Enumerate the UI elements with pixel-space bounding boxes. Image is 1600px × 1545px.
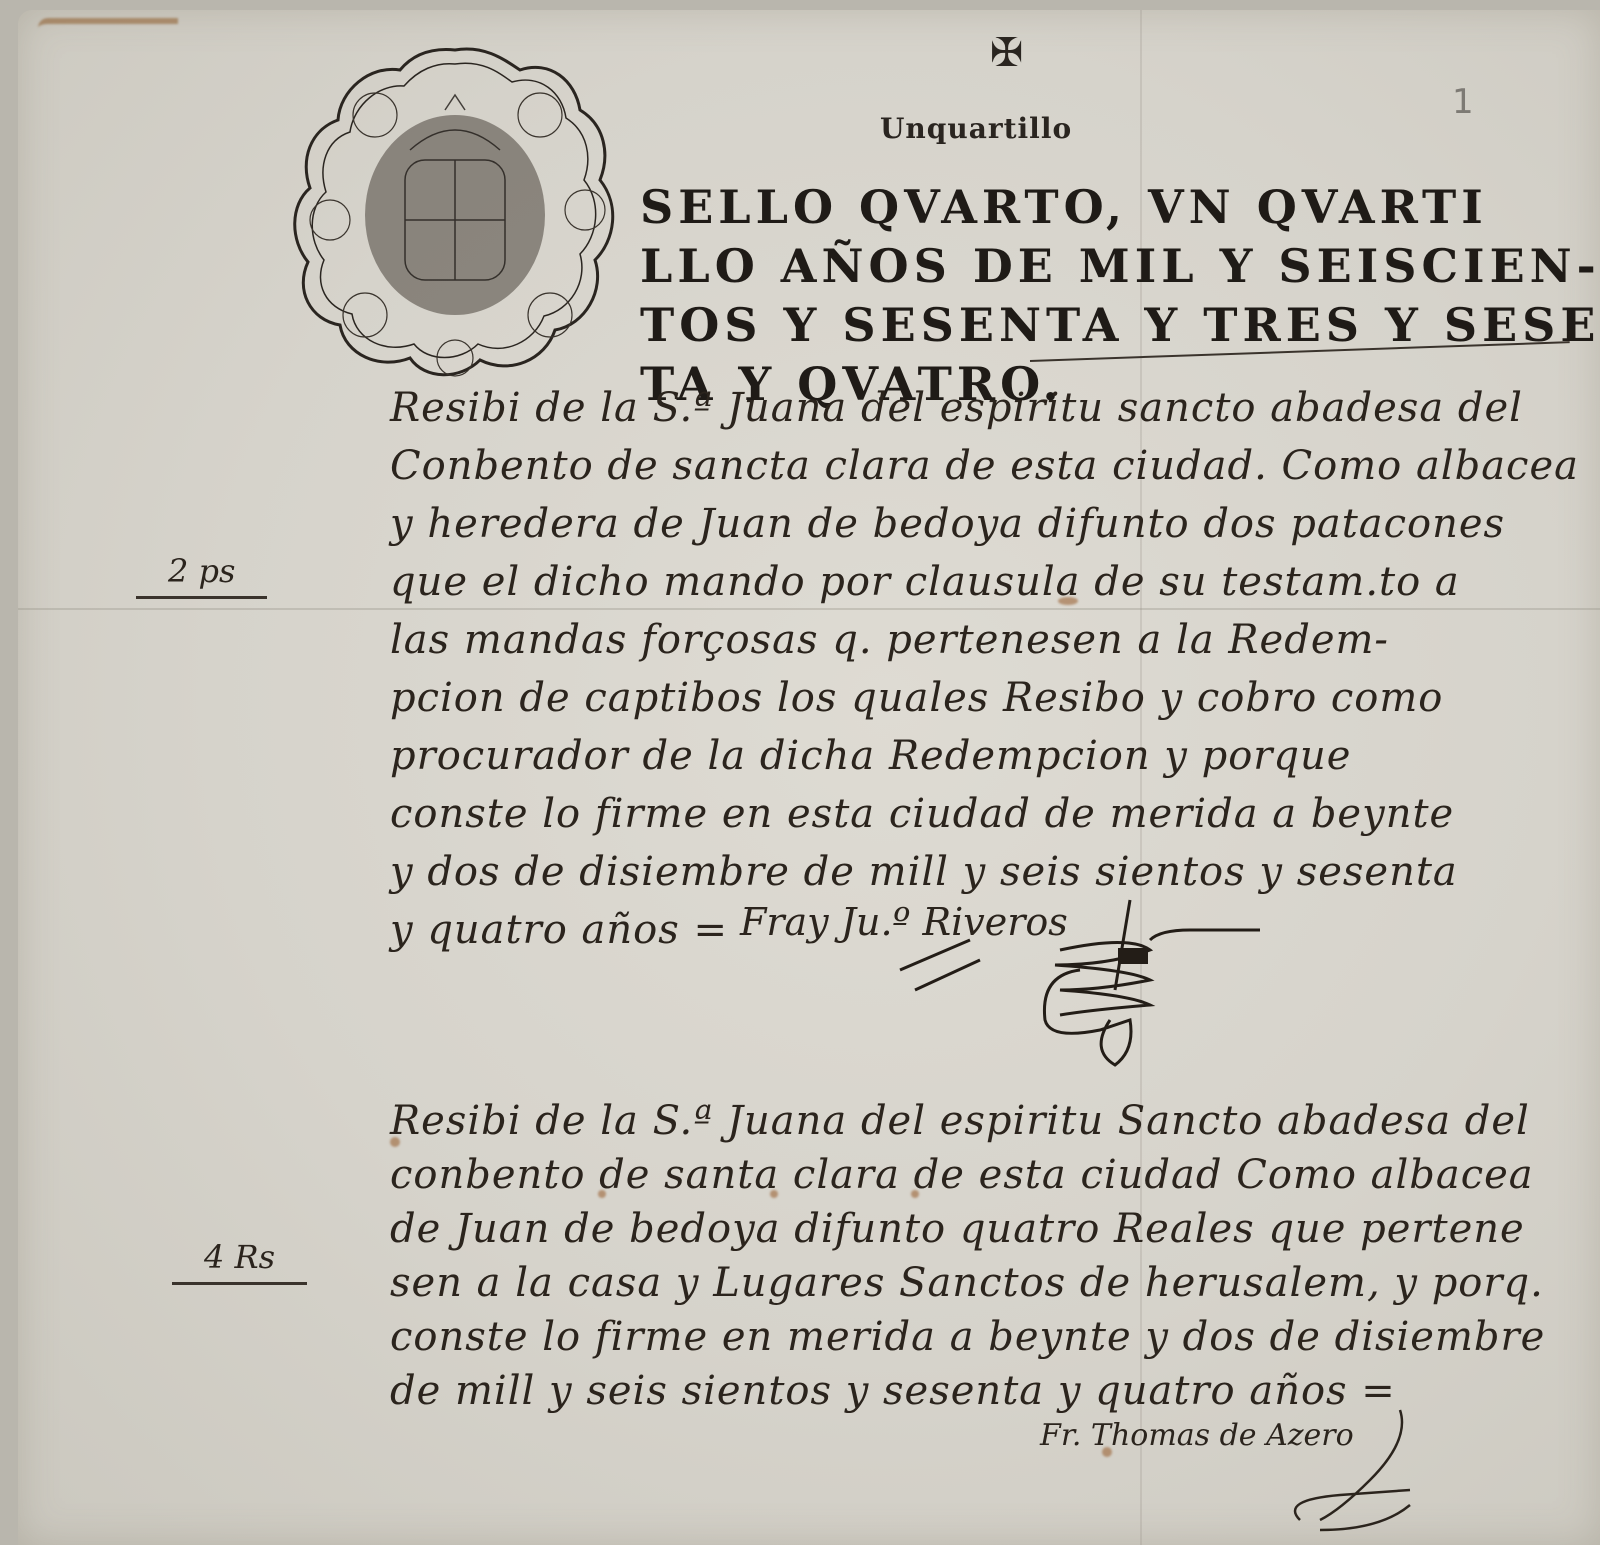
receipt-line: que el dicho mando por clausula de su te…	[390, 559, 1560, 617]
margin-amount: 4 Rs	[172, 1238, 307, 1285]
stamp-heading-line: TOS Y SESENTA Y TRES Y SESEN-	[640, 296, 1460, 355]
receipt-line: Conbento de sancta clara de esta ciudad.…	[390, 443, 1560, 501]
receipt-line: pcion de captibos los quales Resibo y co…	[390, 675, 1560, 733]
stamp-heading-line: LLO AÑOS DE MIL Y SEISCIEN-	[640, 237, 1460, 296]
receipt-line: procurador de la dicha Redempcion y porq…	[390, 733, 1560, 791]
receipt-line: conste lo firme en esta ciudad de merida…	[390, 791, 1560, 849]
stamp-heading-line: SELLO QVARTO, VN QVARTI	[640, 178, 1460, 237]
signature-rubric-icon	[1260, 1400, 1460, 1540]
receipt-1-body: Resibi de la S.ª Juana del espiritu sanc…	[390, 385, 1560, 965]
cross-fleury-icon: ✠	[990, 30, 1024, 76]
margin-amount: 2 ps	[136, 552, 267, 599]
receipt-line: y heredera de Juan de bedoya difunto dos…	[390, 501, 1560, 559]
receipt-line: sen a la casa y Lugares Sanctos de herus…	[390, 1260, 1560, 1314]
receipt-line: conbento de santa clara de esta ciudad C…	[390, 1152, 1560, 1206]
receipt-line: las mandas forçosas q. pertenesen a la R…	[390, 617, 1560, 675]
folio-number: 1	[1452, 82, 1474, 122]
receipt-line: conste lo firme en merida a beynte y dos…	[390, 1314, 1560, 1368]
signature-rubric-icon	[860, 880, 1280, 1080]
receipt-line: Resibi de la S.ª Juana del espiritu Sanc…	[390, 1098, 1560, 1152]
receipt-line: de Juan de bedoya difunto quatro Reales …	[390, 1206, 1560, 1260]
royal-seal-icon	[290, 40, 620, 380]
receipt-line: Resibi de la S.ª Juana del espiritu sanc…	[390, 385, 1560, 443]
stamp-denomination: Unquartillo	[880, 112, 1072, 145]
receipt-2-body: Resibi de la S.ª Juana del espiritu Sanc…	[390, 1098, 1560, 1422]
stamp-heading: SELLO QVARTO, VN QVARTI LLO AÑOS DE MIL …	[640, 178, 1460, 414]
